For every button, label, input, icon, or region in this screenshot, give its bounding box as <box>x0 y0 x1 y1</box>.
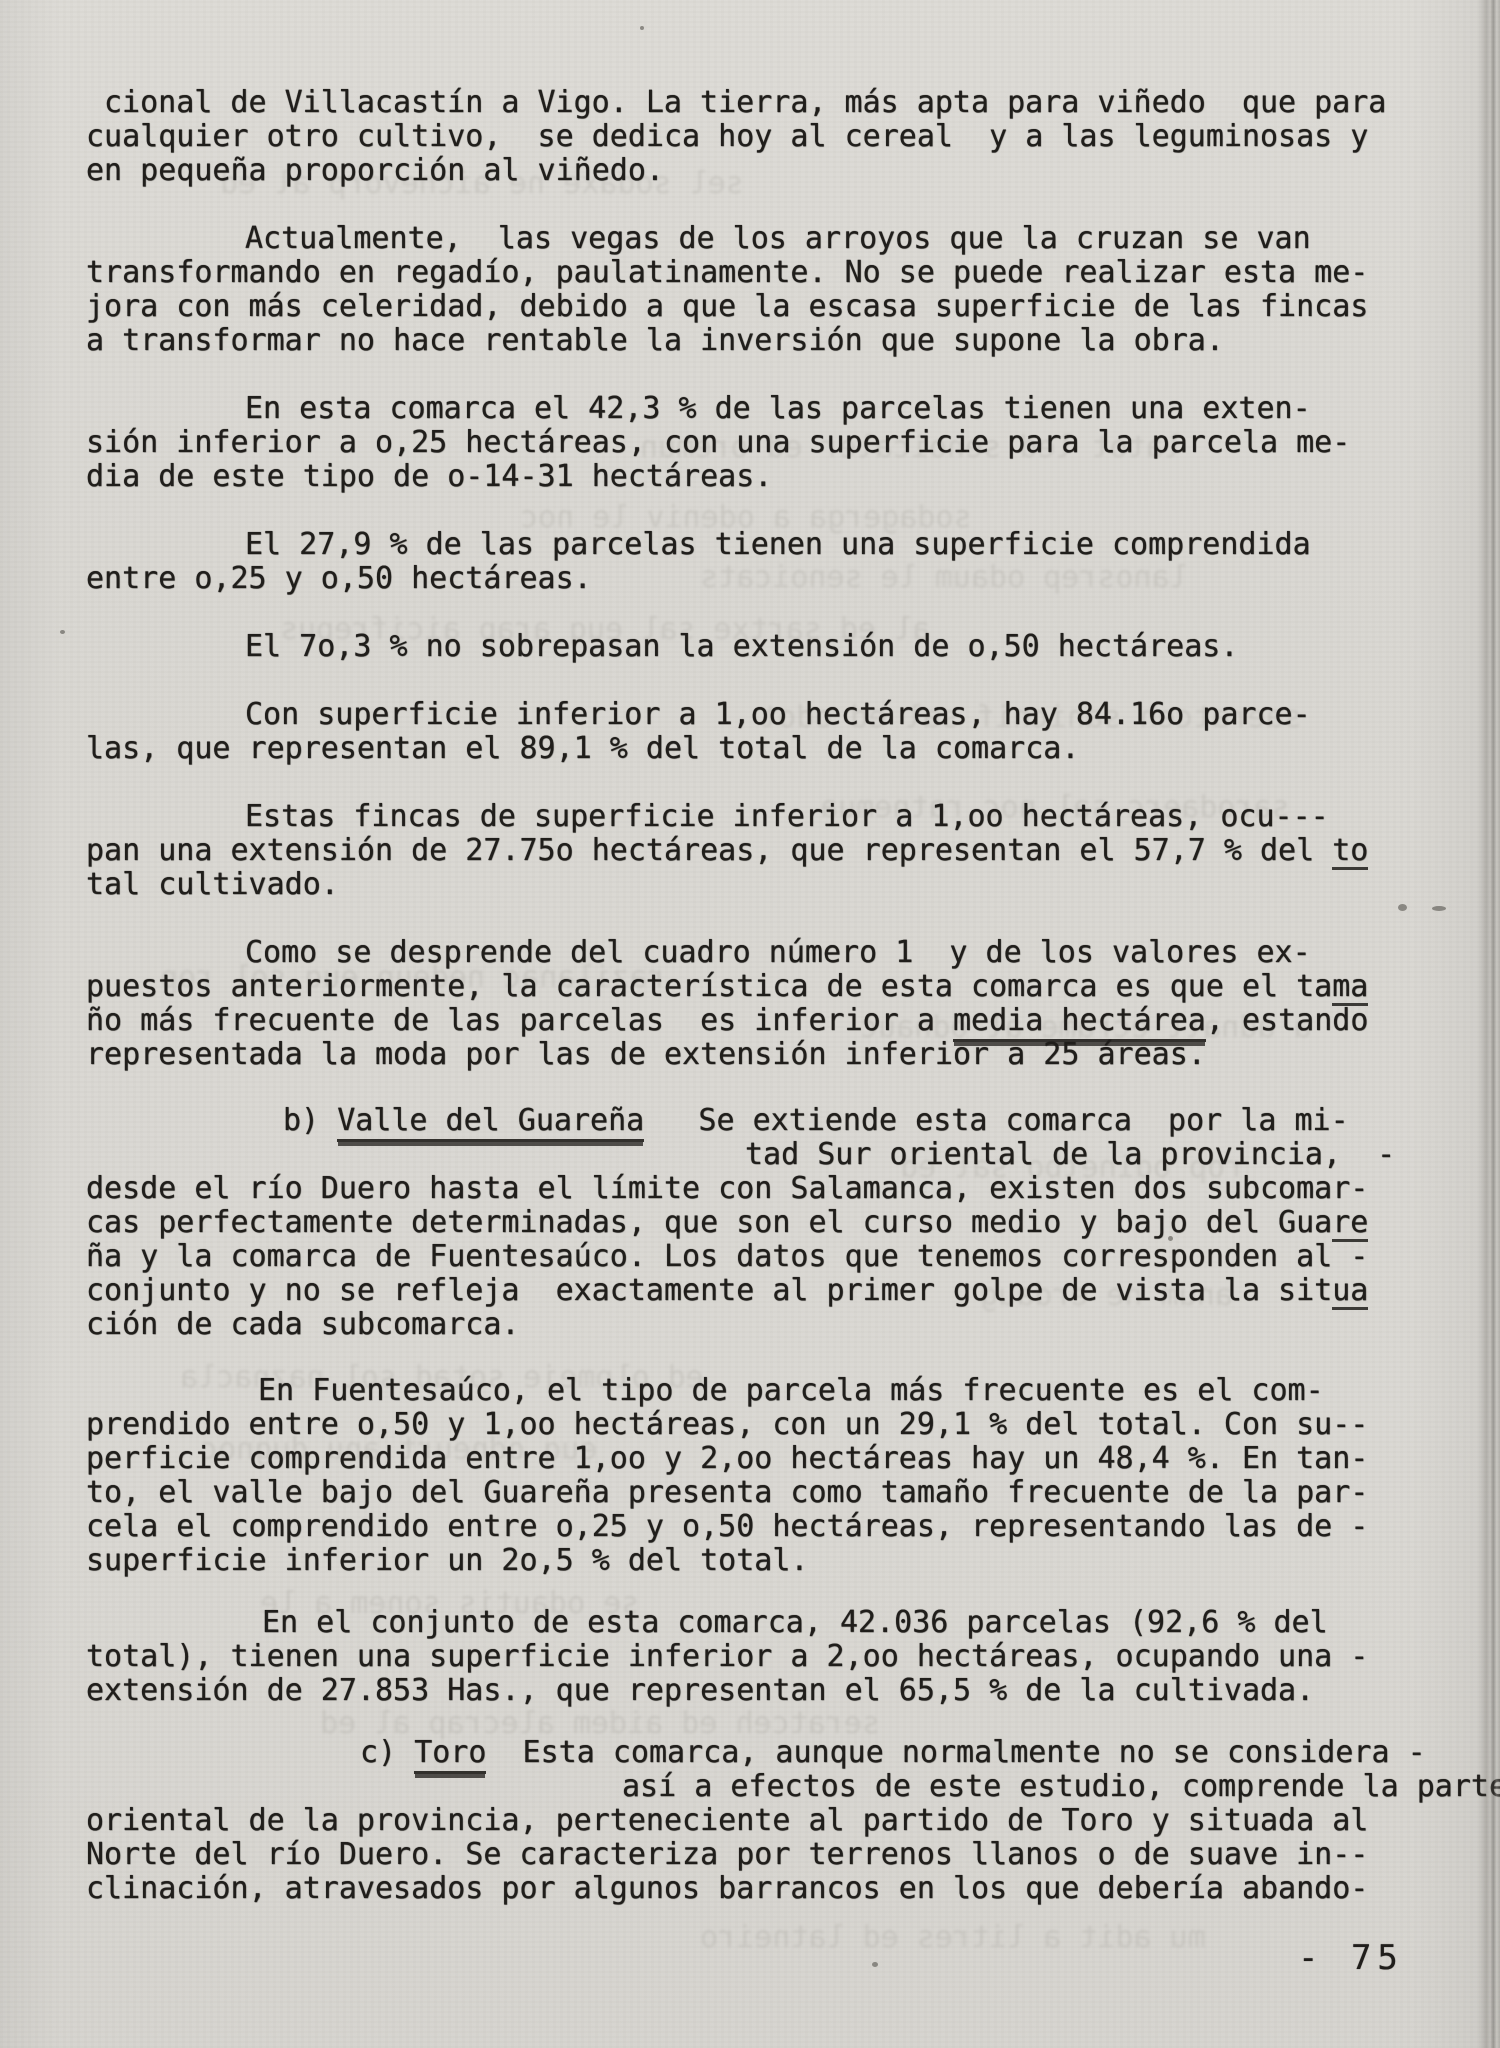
text-line: to, el valle bajo del Guareña presenta c… <box>86 1476 1368 1509</box>
text-segment: Como se desprende del cuadro número 1 y … <box>245 936 1311 969</box>
text-segment: perficie comprendida entre 1,oo y 2,oo h… <box>86 1442 1368 1475</box>
text-segment: dia de este tipo de o-14-31 hectáreas. <box>86 460 772 493</box>
text-segment: desde el río Duero hasta el límite con S… <box>86 1172 1368 1205</box>
text-line: las, que representan el 89,1 % del total… <box>86 732 1079 765</box>
text-segment: pan una extensión de 27.75o hectáreas, q… <box>86 834 1332 867</box>
text-segment: a transformar no hace rentable la invers… <box>86 324 1224 357</box>
text-segment: En Fuentesaúco, el tipo de parcela más f… <box>258 1374 1324 1407</box>
text-segment: El 27,9 % de las parcelas tienen una sup… <box>245 528 1311 561</box>
text-segment: ción de cada subcomarca. <box>86 1308 519 1341</box>
text-line: pan una extensión de 27.75o hectáreas, q… <box>86 834 1368 870</box>
ink-speck <box>872 1962 878 1967</box>
text-segment: En el conjunto de esta comarca, 42.036 p… <box>262 1606 1328 1639</box>
text-line: desde el río Duero hasta el límite con S… <box>86 1172 1368 1205</box>
text-segment: puestos anteriormente, la característica… <box>86 970 1332 1003</box>
text-segment: oriental de la provincia, perteneciente … <box>86 1804 1368 1837</box>
underlined-text-segment: re <box>1332 1206 1368 1242</box>
underlined-text-segment: Toro <box>414 1736 486 1774</box>
text-line: en pequeña proporción al viñedo. <box>86 154 664 187</box>
text-segment: b) <box>283 1104 337 1137</box>
ink-speck <box>1168 1236 1173 1241</box>
text-segment: en pequeña proporción al viñedo. <box>86 154 664 187</box>
text-line: Actualmente, las vegas de los arroyos qu… <box>245 222 1311 255</box>
text-segment: así a efectos de este estudio, comprende… <box>622 1770 1500 1803</box>
text-line: sión inferior a o,25 hectáreas, con una … <box>86 426 1350 459</box>
text-segment: Estas fincas de superficie inferior a 1,… <box>245 800 1329 833</box>
text-line: Con superficie inferior a 1,oo hectáreas… <box>245 698 1311 731</box>
underlined-text-segment: ma <box>1332 970 1368 1006</box>
text-line: cional de Villacastín a Vigo. La tierra,… <box>104 86 1386 119</box>
text-line: En esta comarca el 42,3 % de las parcela… <box>245 392 1311 425</box>
text-segment: ño más frecuente de las parcelas es infe… <box>86 1004 953 1037</box>
text-segment: clinación, atravesados por algunos barra… <box>86 1872 1368 1905</box>
text-line: total), tienen una superficie inferior a… <box>86 1640 1368 1673</box>
text-line: cualquier otro cultivo, se dedica hoy al… <box>86 120 1368 153</box>
ink-speck <box>60 630 65 634</box>
text-segment: ña y la comarca de Fuentesaúco. Los dato… <box>86 1240 1368 1273</box>
text-line: así a efectos de este estudio, comprende… <box>622 1770 1500 1803</box>
text-segment: cela el comprendido entre o,25 y o,50 he… <box>86 1510 1368 1543</box>
text-segment: jora con más celeridad, debido a que la … <box>86 290 1368 323</box>
underlined-text-segment: ua <box>1332 1274 1368 1310</box>
text-segment: cualquier otro cultivo, se dedica hoy al… <box>86 120 1368 153</box>
text-segment: Con superficie inferior a 1,oo hectáreas… <box>245 698 1311 731</box>
text-line: entre o,25 y o,50 hectáreas. <box>86 562 592 595</box>
text-segment: conjunto y no se refleja exactamente al … <box>86 1274 1332 1307</box>
text-line: El 27,9 % de las parcelas tienen una sup… <box>245 528 1311 561</box>
text-line: ción de cada subcomarca. <box>86 1308 519 1341</box>
text-segment: , estando <box>1206 1004 1369 1037</box>
page-number: - 75 <box>1298 1938 1404 1978</box>
text-line: Como se desprende del cuadro número 1 y … <box>245 936 1311 969</box>
text-line: En Fuentesaúco, el tipo de parcela más f… <box>258 1374 1324 1407</box>
text-segment: En esta comarca el 42,3 % de las parcela… <box>245 392 1311 425</box>
underlined-text-segment: Valle del Guareña <box>337 1104 644 1142</box>
text-line: prendido entre o,50 y 1,oo hectáreas, co… <box>86 1408 1368 1441</box>
text-line: representada la moda por las de extensió… <box>86 1038 1206 1071</box>
scanned-document-page: sel sodaxe ne aicnevorp al edlatot led s… <box>0 0 1500 2048</box>
text-line: El 7o,3 % no sobrepasan la extensión de … <box>245 630 1238 663</box>
text-line: jora con más celeridad, debido a que la … <box>86 290 1368 323</box>
text-segment: c) <box>360 1736 414 1769</box>
typewritten-text-layer: cional de Villacastín a Vigo. La tierra,… <box>0 0 1500 2048</box>
text-line: oriental de la provincia, perteneciente … <box>86 1804 1368 1837</box>
text-line: Norte del río Duero. Se caracteriza por … <box>86 1838 1368 1871</box>
text-segment: transformando en regadío, paulatinamente… <box>86 256 1368 289</box>
text-segment: tal cultivado. <box>86 868 339 901</box>
text-line: conjunto y no se refleja exactamente al … <box>86 1274 1368 1310</box>
text-segment: prendido entre o,50 y 1,oo hectáreas, co… <box>86 1408 1368 1441</box>
text-segment: superficie inferior un 2o,5 % del total. <box>86 1544 808 1577</box>
text-line: Estas fincas de superficie inferior a 1,… <box>245 800 1329 833</box>
text-line: transformando en regadío, paulatinamente… <box>86 256 1368 289</box>
text-segment: tad Sur oriental de la provincia, - <box>745 1138 1395 1171</box>
text-line: ña y la comarca de Fuentesaúco. Los dato… <box>86 1240 1368 1273</box>
text-line: a transformar no hace rentable la invers… <box>86 324 1224 357</box>
text-segment: Se extiende esta comarca por la mi- <box>644 1104 1348 1137</box>
text-segment: El 7o,3 % no sobrepasan la extensión de … <box>245 630 1238 663</box>
text-segment: las, que representan el 89,1 % del total… <box>86 732 1079 765</box>
text-segment: to, el valle bajo del Guareña presenta c… <box>86 1476 1368 1509</box>
text-line: tal cultivado. <box>86 868 339 901</box>
text-segment: entre o,25 y o,50 hectáreas. <box>86 562 592 595</box>
text-line: perficie comprendida entre 1,oo y 2,oo h… <box>86 1442 1368 1475</box>
text-line: puestos anteriormente, la característica… <box>86 970 1368 1006</box>
text-line: dia de este tipo de o-14-31 hectáreas. <box>86 460 772 493</box>
text-segment: total), tienen una superficie inferior a… <box>86 1640 1368 1673</box>
ink-speck <box>640 26 644 30</box>
text-segment: sión inferior a o,25 hectáreas, con una … <box>86 426 1350 459</box>
underlined-text-segment: to <box>1332 834 1368 870</box>
text-line: cas perfectamente determinadas, que son … <box>86 1206 1368 1242</box>
ink-speck <box>1432 906 1446 911</box>
text-segment: representada la moda por las de extensió… <box>86 1038 1206 1071</box>
text-line: clinación, atravesados por algunos barra… <box>86 1872 1368 1905</box>
ink-speck <box>1398 904 1407 911</box>
text-line: superficie inferior un 2o,5 % del total. <box>86 1544 808 1577</box>
text-segment: Esta comarca, aunque normalmente no se c… <box>486 1736 1425 1769</box>
text-segment: cas perfectamente determinadas, que son … <box>86 1206 1332 1239</box>
text-segment: Actualmente, las vegas de los arroyos qu… <box>245 222 1311 255</box>
text-line: tad Sur oriental de la provincia, - <box>745 1138 1395 1171</box>
page-edge-shadow <box>1478 0 1500 2048</box>
text-segment: cional de Villacastín a Vigo. La tierra,… <box>104 86 1386 119</box>
text-line: En el conjunto de esta comarca, 42.036 p… <box>262 1606 1328 1639</box>
text-line: extensión de 27.853 Has., que representa… <box>86 1674 1314 1707</box>
text-segment: extensión de 27.853 Has., que representa… <box>86 1674 1314 1707</box>
text-line: cela el comprendido entre o,25 y o,50 he… <box>86 1510 1368 1543</box>
text-segment: Norte del río Duero. Se caracteriza por … <box>86 1838 1368 1871</box>
